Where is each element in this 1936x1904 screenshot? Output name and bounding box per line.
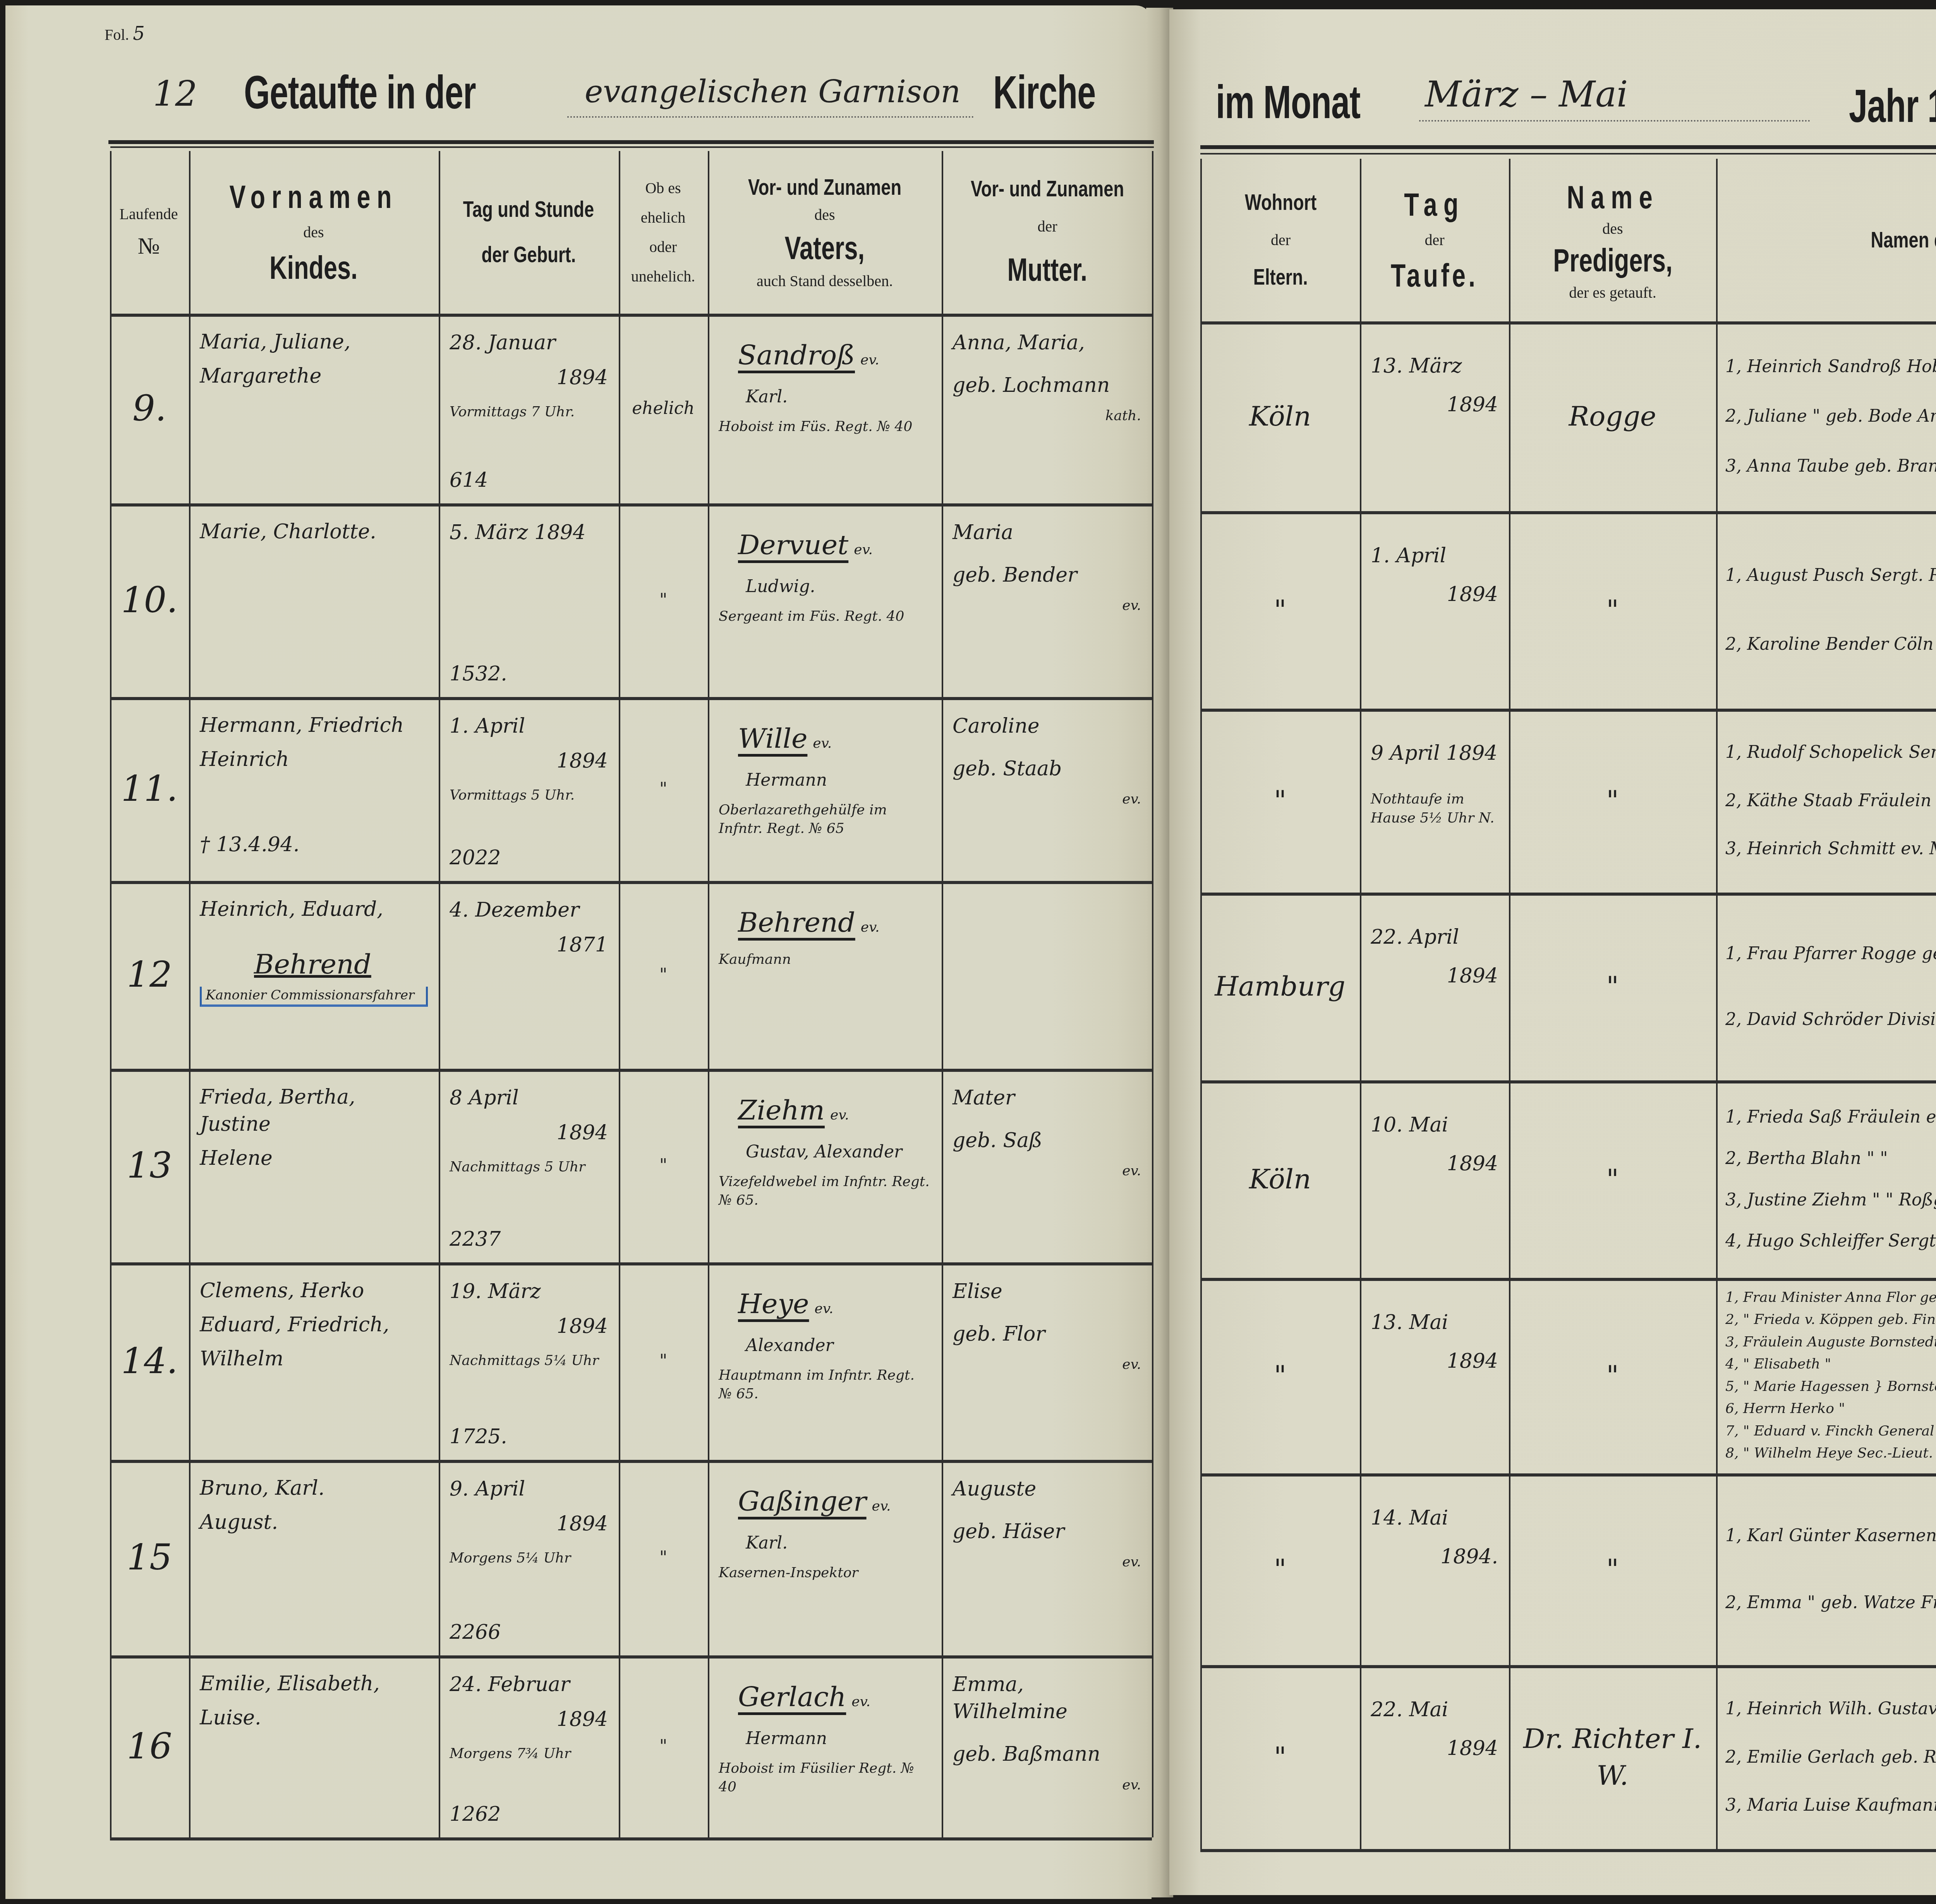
parents-residence: " <box>1200 1473 1360 1665</box>
mother-given-name: Maria <box>953 519 1141 546</box>
confession: ev. <box>814 1301 833 1317</box>
col-header-line: der Geburt. <box>481 242 576 268</box>
godparents-list: 1, Heinrich Wilh. Gustav Baßmann Schuhma… <box>1716 1665 1936 1849</box>
mother-name: Anna, Maria,geb. Lochmannkath. <box>942 314 1152 503</box>
godparent-entry: 5, " Marie Hagessen } Bornstedt bei Eisl… <box>1725 1377 1936 1396</box>
birth-time: Morgens 7¾ Uhr <box>450 1744 608 1763</box>
birth-date-time: 5. März 18941532. <box>439 503 619 697</box>
pastor-name: " <box>1509 1080 1716 1278</box>
title-kirche: Kirche <box>993 66 1096 119</box>
father-surname: Behrendev. <box>738 904 931 941</box>
baptism-day: 1. April <box>1371 542 1498 569</box>
baptism-year: 1894 <box>1371 391 1498 418</box>
confession: ev. <box>813 735 832 751</box>
mother-maiden-name: geb. Lochmann <box>953 372 1141 399</box>
col-header-line: Wohnort <box>1245 190 1316 216</box>
parents-residence: " <box>1200 1278 1360 1473</box>
birth-date-time: 8 April1894Nachmittags 5 Uhr2237 <box>439 1069 619 1262</box>
father-given-name: Karl. <box>746 385 931 408</box>
parents-residence: Hamburg <box>1200 893 1360 1080</box>
given-name-line: Luise. <box>200 1704 428 1731</box>
col-header-line: Eltern. <box>1253 264 1308 290</box>
godparents-list: 1, Rudolf Schopelick Sergt. Regt. 65 ev.… <box>1716 709 1936 893</box>
godparents-list: 1, Heinrich Sandroß Hoboist im Regt. 40 … <box>1716 321 1936 511</box>
baptism-day: 10. Mai <box>1371 1111 1498 1138</box>
header-top-rule-thin <box>110 146 1154 148</box>
baptism-date: 13. März1894 <box>1360 321 1509 511</box>
father-occupation: Kaufmann <box>719 950 931 969</box>
father-occupation: Oberlazarethgehülfe im Infntr. Regt. № 6… <box>719 801 931 838</box>
col-header-line: Laufende <box>119 205 178 223</box>
legitimacy: ehelich <box>619 314 708 503</box>
baptism-year: 1894 <box>1371 1150 1498 1177</box>
father-given-name: Ludwig. <box>746 575 931 598</box>
col-header-line: Taufe. <box>1391 257 1478 294</box>
godparent-entry: 2, Käthe Staab Fräulein ev. Cöln <box>1725 789 1936 812</box>
number-sign: № <box>137 233 160 259</box>
godparent-entry: 8, " Wilhelm Heye Sec.-Lieut. i. Regt. 7… <box>1725 1444 1936 1463</box>
godparent-entry: 1, Rudolf Schopelick Sergt. Regt. 65 ev.… <box>1725 741 1936 764</box>
col-header-line: Vornamen <box>229 178 398 216</box>
birth-date-time: 1. April1894Vormittags 5 Uhr.2022 <box>439 697 619 881</box>
legitimacy: " <box>619 697 708 881</box>
birth-date: 24. Februar <box>450 1671 608 1698</box>
birth-time: Vormittags 5 Uhr. <box>450 786 608 805</box>
col-header-line: oder <box>649 238 677 256</box>
legitimacy: " <box>619 881 708 1069</box>
baptism-date: 22. Mai1894 <box>1360 1665 1509 1849</box>
birth-time: Nachmittags 5¼ Uhr <box>450 1351 608 1370</box>
given-name-line: Wilhelm <box>200 1345 428 1372</box>
col-header-line: des <box>814 206 835 224</box>
mother-maiden-name: geb. Staab <box>953 755 1141 782</box>
col-header-line: Tag und Stunde <box>463 197 594 223</box>
given-name-line: Marie, Charlotte. <box>200 518 428 545</box>
father-name: Dervuetev.Ludwig.Sergeant im Füs. Regt. … <box>708 503 942 697</box>
pastor-name: Dr. Richter I. W. <box>1509 1665 1716 1849</box>
birth-year: 1894 <box>450 747 608 774</box>
godparents-list: 1, Karl Günter Kasernen-Inspektor Cöln e… <box>1716 1473 1936 1665</box>
confession: ev. <box>830 1107 849 1123</box>
baptism-year: 1894 <box>1371 581 1498 608</box>
godparent-entry: 4, " Elisabeth " <box>1725 1355 1936 1374</box>
folio-label: Fol. <box>105 26 129 43</box>
father-name: Sandroßev.Karl.Hoboist im Füs. Regt. № 4… <box>708 314 942 503</box>
given-name-line: Helene <box>200 1145 428 1172</box>
title-im-monat: im Monat <box>1216 76 1360 129</box>
father-name: Gaßingerev.Karl.Kasernen-Inspektor <box>708 1460 942 1655</box>
baptism-year: 1894 <box>1371 1735 1498 1762</box>
title-jahr: Jahr 18 <box>1849 79 1936 133</box>
given-name-line: Kanonier Commissionarsfahrer <box>200 987 428 1007</box>
given-name-line: Heinrich <box>200 746 428 773</box>
col-header-line: der <box>1425 231 1444 249</box>
father-occupation: Vizefeldwebel im Infntr. Regt. № 65. <box>719 1173 931 1210</box>
entry-number: 15 <box>110 1460 189 1655</box>
given-name-line: Hermann, Friedrich <box>200 712 428 739</box>
father-surname: Gaßingerev. <box>738 1483 931 1520</box>
given-name-line: Clemens, Herko <box>200 1277 428 1304</box>
birth-date: 28. Januar <box>450 329 608 356</box>
godparents-list: 1, Frau Pfarrer Rogge geb. Plantier ev. … <box>1716 893 1936 1080</box>
given-name-line: † 13.4.94. <box>200 831 428 858</box>
col-header-line: der <box>1037 218 1057 235</box>
mother-given-name: Mater <box>953 1084 1141 1111</box>
godparent-entry: 4, Hugo Schleiffer Sergt. im Regt. 65. 1… <box>1725 1229 1936 1252</box>
row-divider <box>1200 1849 1936 1852</box>
pastor-name: " <box>1509 511 1716 709</box>
birth-date-time: 9. April1894Morgens 5¼ Uhr2266 <box>439 1460 619 1655</box>
father-given-name: Karl. <box>746 1531 931 1554</box>
confession: ev. <box>953 596 1141 615</box>
father-surname: Gerlachev. <box>738 1679 931 1715</box>
col-header-line: ehelich <box>641 209 686 227</box>
confession: ev. <box>860 352 879 368</box>
parents-residence: Köln <box>1200 321 1360 511</box>
baptism-day: 14. Mai <box>1371 1504 1498 1531</box>
col-header-line: Namen der Taufzeugen. <box>1871 227 1936 253</box>
surname-text: Sandroß <box>738 339 855 371</box>
col-header-geburt: Tag und Stunde der Geburt. <box>439 151 618 314</box>
col-header-line: unehelich. <box>631 268 695 285</box>
birth-date-time: 19. März1894Nachmittags 5¼ Uhr1725. <box>439 1262 619 1460</box>
father-occupation: Hauptmann im Infntr. Regt. № 65. <box>719 1366 931 1404</box>
folio-number: 5 <box>133 23 145 45</box>
father-given-name: Alexander <box>746 1334 931 1357</box>
baptism-date: 13. Mai1894 <box>1360 1278 1509 1473</box>
baptism-day: 22. April <box>1371 924 1498 951</box>
surname-text: Behrend <box>738 907 855 938</box>
col-header-prediger: Name des Predigers, der es getauft. <box>1510 159 1715 321</box>
mother-given-name: Elise <box>953 1278 1141 1305</box>
baptism-day: 13. Mai <box>1371 1309 1498 1336</box>
register-ref-number: 1725. <box>450 1423 507 1450</box>
mother-given-name: Anna, Maria, <box>953 329 1141 356</box>
birth-date: 19. März <box>450 1278 608 1305</box>
godparent-entry: 1, Frau Minister Anna Flor geb. Heide Ol… <box>1725 1288 1936 1307</box>
col-header-line: der es getauft. <box>1569 284 1656 302</box>
given-name-line: Emilie, Elisabeth, <box>200 1670 428 1697</box>
mother-name: Emma, Wilhelminegeb. Baßmannev. <box>942 1655 1152 1837</box>
birth-year: 1894 <box>450 1313 608 1340</box>
mother-given-name: Emma, Wilhelmine <box>953 1671 1141 1725</box>
godparent-entry: 1, Heinrich Sandroß Hoboist im Regt. 40 … <box>1725 355 1936 378</box>
months: März – Mai <box>1425 74 1628 115</box>
parents-residence: " <box>1200 1665 1360 1849</box>
register-ref-number: 1262 <box>450 1801 501 1828</box>
column-divider <box>1152 151 1153 1837</box>
pastor-name: " <box>1509 1473 1716 1665</box>
confession: kath. <box>953 407 1141 426</box>
folio-left: Fol. 5 <box>105 21 145 46</box>
godparent-entry: 2, Bertha Blahn " " <box>1725 1147 1936 1170</box>
col-header-wohnort: Wohnort der Eltern. <box>1202 159 1359 321</box>
confession: ev. <box>953 790 1141 809</box>
godparent-entry: 2, David Schröder Divisionsküster ev. Cö… <box>1725 1008 1936 1031</box>
col-header-line: des <box>303 223 324 241</box>
father-surname: Dervuetev. <box>738 527 931 563</box>
godparent-entry: 1, Frieda Saß Fräulein ev. Köln <box>1725 1106 1936 1128</box>
godparent-entry: 3, Fräulein Auguste Bornstedt } Oldenbur… <box>1725 1333 1936 1352</box>
father-given-name: Gustav, Alexander <box>746 1140 931 1163</box>
page-number-left: 12 <box>153 74 197 114</box>
confession: ev. <box>953 1776 1141 1795</box>
entry-number: 11. <box>110 697 189 881</box>
entry-number: 10. <box>110 503 189 697</box>
register-ref-number: 2022 <box>450 844 501 871</box>
birth-date: 4. Dezember <box>450 896 608 924</box>
given-name-line: Margarethe <box>200 362 428 390</box>
given-name-line: Eduard, Friedrich, <box>200 1311 428 1338</box>
col-header-line: Kindes. <box>269 249 358 287</box>
church-name-line <box>567 116 974 118</box>
father-occupation: Sergeant im Füs. Regt. 40 <box>719 607 931 626</box>
birth-year: 1894 <box>450 1119 608 1146</box>
mother-name: Elisegeb. Florev. <box>942 1262 1152 1460</box>
baptism-date: 9 April 1894Nothtaufe im Hause 5½ Uhr N. <box>1360 709 1509 893</box>
father-given-name: Hermann <box>746 1727 931 1750</box>
row-divider <box>110 1837 1152 1840</box>
register-ref-number: 1532. <box>450 660 507 687</box>
pastor-name: Rogge <box>1509 321 1716 511</box>
months-line <box>1419 120 1810 122</box>
col-header-line: Tag <box>1404 186 1465 223</box>
pastor-name: " <box>1509 1278 1716 1473</box>
father-occupation: Kasernen-Inspektor <box>719 1564 931 1583</box>
child-given-names: Clemens, HerkoEduard, Friedrich,Wilhelm <box>189 1262 439 1460</box>
col-header-mutter: Vor- und Zunamen der Mutter. <box>943 151 1152 314</box>
father-name: Willeev.HermannOberlazarethgehülfe im In… <box>708 697 942 881</box>
confession: ev. <box>861 919 880 935</box>
birth-year: 1871 <box>450 931 608 958</box>
father-occupation: Hoboist im Füsilier Regt. № 40 <box>719 1759 931 1797</box>
birth-year: 1894 <box>450 1706 608 1733</box>
register-ref-number: 2266 <box>450 1619 501 1646</box>
birth-date: 9. April <box>450 1475 608 1502</box>
birth-year: 1894 <box>450 1510 608 1537</box>
baptism-day: 9 April 1894 <box>1371 740 1498 767</box>
col-header-line: des <box>1602 220 1623 238</box>
birth-date: 8 April <box>450 1084 608 1111</box>
godparent-entry: 2, Emilie Gerlach geb. Ritter Kindelbrüc… <box>1725 1746 1936 1768</box>
godparents-list: 1, August Pusch Sergt. Regt. 40 Cöln ev.… <box>1716 511 1936 709</box>
surname-text: Heye <box>738 1288 809 1320</box>
col-header-nr: Laufende № <box>110 151 187 314</box>
church-name: evangelischen Garnison <box>585 74 961 110</box>
col-header-line: auch Stand desselben. <box>757 272 893 290</box>
godparent-entry: 1, Frau Pfarrer Rogge geb. Plantier ev. … <box>1725 942 1936 965</box>
mother-maiden-name: geb. Bender <box>953 561 1141 589</box>
godparent-entry: 6, Herrn Herko " <box>1725 1399 1936 1418</box>
parents-residence: " <box>1200 709 1360 893</box>
baptism-date: 1. April1894 <box>1360 511 1509 709</box>
baptism-day: 13. März <box>1371 352 1498 379</box>
godparent-entry: 1, Heinrich Wilh. Gustav Baßmann Schuhma… <box>1725 1697 1936 1720</box>
godparent-entry: 3, Maria Luise Kaufmann Fräulein Cöln ev… <box>1725 1794 1936 1816</box>
baptism-year: 1894. <box>1371 1543 1498 1570</box>
legitimacy: " <box>619 1262 708 1460</box>
surname-text: Gaßinger <box>738 1485 867 1517</box>
mother-name: Augustegeb. Häserev. <box>942 1460 1152 1655</box>
given-name-line: Bruno, Karl. <box>200 1475 428 1502</box>
child-given-names: Bruno, Karl.August. <box>189 1460 439 1655</box>
col-header-vornamen: Vornamen des Kindes. <box>190 151 438 314</box>
surname-text: Wille <box>738 723 807 754</box>
col-header-line: Ob es <box>645 179 681 197</box>
col-header-ehelich: Ob es ehelich oder unehelich. <box>620 151 707 314</box>
birth-date-time: 28. Januar1894Vormittags 7 Uhr.614 <box>439 314 619 503</box>
col-header-taufe: Tag der Taufe. <box>1361 159 1508 321</box>
birth-date: 1. April <box>450 712 608 740</box>
birth-time: Morgens 5¼ Uhr <box>450 1549 608 1568</box>
birth-year: 1894 <box>450 364 608 391</box>
col-header-line: Predigers, <box>1553 242 1672 279</box>
father-name: Gerlachev.HermannHoboist im Füsilier Reg… <box>708 1655 942 1837</box>
baptism-note: Nothtaufe im Hause 5½ Uhr N. <box>1371 790 1498 828</box>
father-surname: Heyeev. <box>738 1286 931 1322</box>
father-name: Heyeev.AlexanderHauptmann im Infntr. Reg… <box>708 1262 942 1460</box>
mother-name: Carolinegeb. Staabev. <box>942 697 1152 881</box>
given-name-line: August. <box>200 1509 428 1536</box>
birth-time: Nachmittags 5 Uhr <box>450 1158 608 1177</box>
confession: ev. <box>953 1162 1141 1181</box>
baptism-year: 1894 <box>1371 1348 1498 1375</box>
entry-number: 9. <box>110 314 189 503</box>
mother-name: Mariageb. Benderev. <box>942 503 1152 697</box>
birth-date-time: 4. Dezember1871 <box>439 881 619 1069</box>
baptism-date: 22. April1894 <box>1360 893 1509 1080</box>
col-header-line: Vor- und Zunamen <box>748 175 901 201</box>
entry-number: 16 <box>110 1655 189 1837</box>
mother-name <box>942 881 1152 1069</box>
col-header-line: Vaters, <box>785 229 865 267</box>
col-header-line: Mutter. <box>1007 251 1088 288</box>
confession: ev. <box>854 542 873 558</box>
father-occupation: Hoboist im Füs. Regt. № 40 <box>719 417 931 436</box>
godparent-entry: 2, Emma " geb. Watze Frau " " <box>1725 1591 1936 1614</box>
given-name-line: Maria, Juliane, <box>200 328 428 355</box>
header-top-rule <box>108 140 1154 144</box>
col-header-vater: Vor- und Zunamen des Vaters, auch Stand … <box>709 151 941 314</box>
godparent-entry: 1, Karl Günter Kasernen-Inspektor Cöln e… <box>1725 1524 1936 1547</box>
surname-text: Gerlach <box>738 1681 846 1713</box>
godparent-entry: 3, Anna Taube geb. Brandt Cöln ev. <box>1725 455 1936 477</box>
baptism-date: 14. Mai1894. <box>1360 1473 1509 1665</box>
mother-given-name: Caroline <box>953 712 1141 740</box>
godparent-entry: 7, " Eduard v. Finckh General z. D. Hano… <box>1725 1422 1936 1441</box>
father-given-name: Hermann <box>746 769 931 791</box>
col-header-line: Name <box>1567 179 1659 216</box>
confession: ev. <box>953 1553 1141 1572</box>
child-given-names: Hermann, FriedrichHeinrich† 13.4.94. <box>189 697 439 881</box>
header-top-rule-right <box>1200 145 1936 149</box>
col-header-taufzeugen: Namen der Taufzeugen. <box>1717 159 1936 321</box>
godparents-list: 1, Frau Minister Anna Flor geb. Heide Ol… <box>1716 1278 1936 1473</box>
baptism-date: 10. Mai1894 <box>1360 1080 1509 1278</box>
father-name: Ziehmev.Gustav, AlexanderVizefeldwebel i… <box>708 1069 942 1262</box>
legitimacy: " <box>619 1655 708 1837</box>
birth-time: Vormittags 7 Uhr. <box>450 403 608 422</box>
child-given-names: Heinrich, Eduard,BehrendKanonier Commiss… <box>189 881 439 1069</box>
parents-residence: Köln <box>1200 1080 1360 1278</box>
godparent-entry: 3, Justine Ziehm " " Roßgarten b. Marien… <box>1725 1188 1936 1211</box>
pastor-name: " <box>1509 893 1716 1080</box>
godparent-entry: 2, Karoline Bender Cöln ev. <box>1725 633 1936 656</box>
title-getaufte: Getaufte in der <box>244 66 476 119</box>
mother-maiden-name: geb. Häser <box>953 1518 1141 1545</box>
mother-maiden-name: geb. Flor <box>953 1320 1141 1348</box>
godparents-list: 1, Frieda Saß Fräulein ev. Köln2, Bertha… <box>1716 1080 1936 1278</box>
given-name-line: Heinrich, Eduard, <box>200 896 428 923</box>
godparent-entry: 2, Juliane " geb. Bode Ampfurth ev. <box>1725 405 1936 427</box>
child-given-names: Maria, Juliane,Margarethe <box>189 314 439 503</box>
given-name-line: Behrend <box>254 946 428 983</box>
parents-residence: " <box>1200 511 1360 709</box>
baptism-year: 1894 <box>1371 962 1498 989</box>
mother-given-name: Auguste <box>953 1475 1141 1502</box>
godparent-entry: 1, August Pusch Sergt. Regt. 40 Cöln ev. <box>1725 564 1936 587</box>
entry-number: 14. <box>110 1262 189 1460</box>
col-header-line: Vor- und Zunamen <box>971 176 1124 202</box>
godparent-entry: 2, " Frieda v. Köppen geb. Finckh Wiesba… <box>1725 1310 1936 1329</box>
confession: ev. <box>872 1498 891 1514</box>
child-given-names: Emilie, Elisabeth,Luise. <box>189 1655 439 1837</box>
father-surname: Sandroßev. <box>738 337 931 374</box>
entry-number: 13 <box>110 1069 189 1262</box>
father-name: Behrendev.Kaufmann <box>708 881 942 1069</box>
baptism-day: 22. Mai <box>1371 1696 1498 1723</box>
godparent-entry: 3, Heinrich Schmitt ev. Mannheim. <box>1725 837 1936 860</box>
legitimacy: " <box>619 1069 708 1262</box>
surname-text: Ziehm <box>738 1094 825 1126</box>
child-given-names: Frieda, Bertha, JustineHelene <box>189 1069 439 1262</box>
legitimacy: " <box>619 503 708 697</box>
confession: ev. <box>953 1355 1141 1374</box>
pastor-name: " <box>1509 709 1716 893</box>
child-given-names: Marie, Charlotte. <box>189 503 439 697</box>
confession: ev. <box>851 1694 870 1710</box>
father-surname: Ziehmev. <box>738 1092 931 1129</box>
birth-date-time: 24. Februar1894Morgens 7¾ Uhr1262 <box>439 1655 619 1837</box>
mother-name: Matergeb. Saßev. <box>942 1069 1152 1262</box>
mother-maiden-name: geb. Saß <box>953 1127 1141 1154</box>
legitimacy: " <box>619 1460 708 1655</box>
register-ref-number: 2237 <box>450 1226 501 1253</box>
entry-number: 12 <box>110 881 189 1069</box>
col-header-line: der <box>1271 231 1291 249</box>
header-top-rule-right-thin <box>1200 153 1936 155</box>
given-name-line: Frieda, Bertha, Justine <box>200 1083 428 1138</box>
birth-date: 5. März 1894 <box>450 519 608 546</box>
register-ref-number: 614 <box>450 467 488 494</box>
mother-maiden-name: geb. Baßmann <box>953 1741 1141 1768</box>
surname-text: Dervuet <box>738 529 848 561</box>
father-surname: Willeev. <box>738 720 931 757</box>
